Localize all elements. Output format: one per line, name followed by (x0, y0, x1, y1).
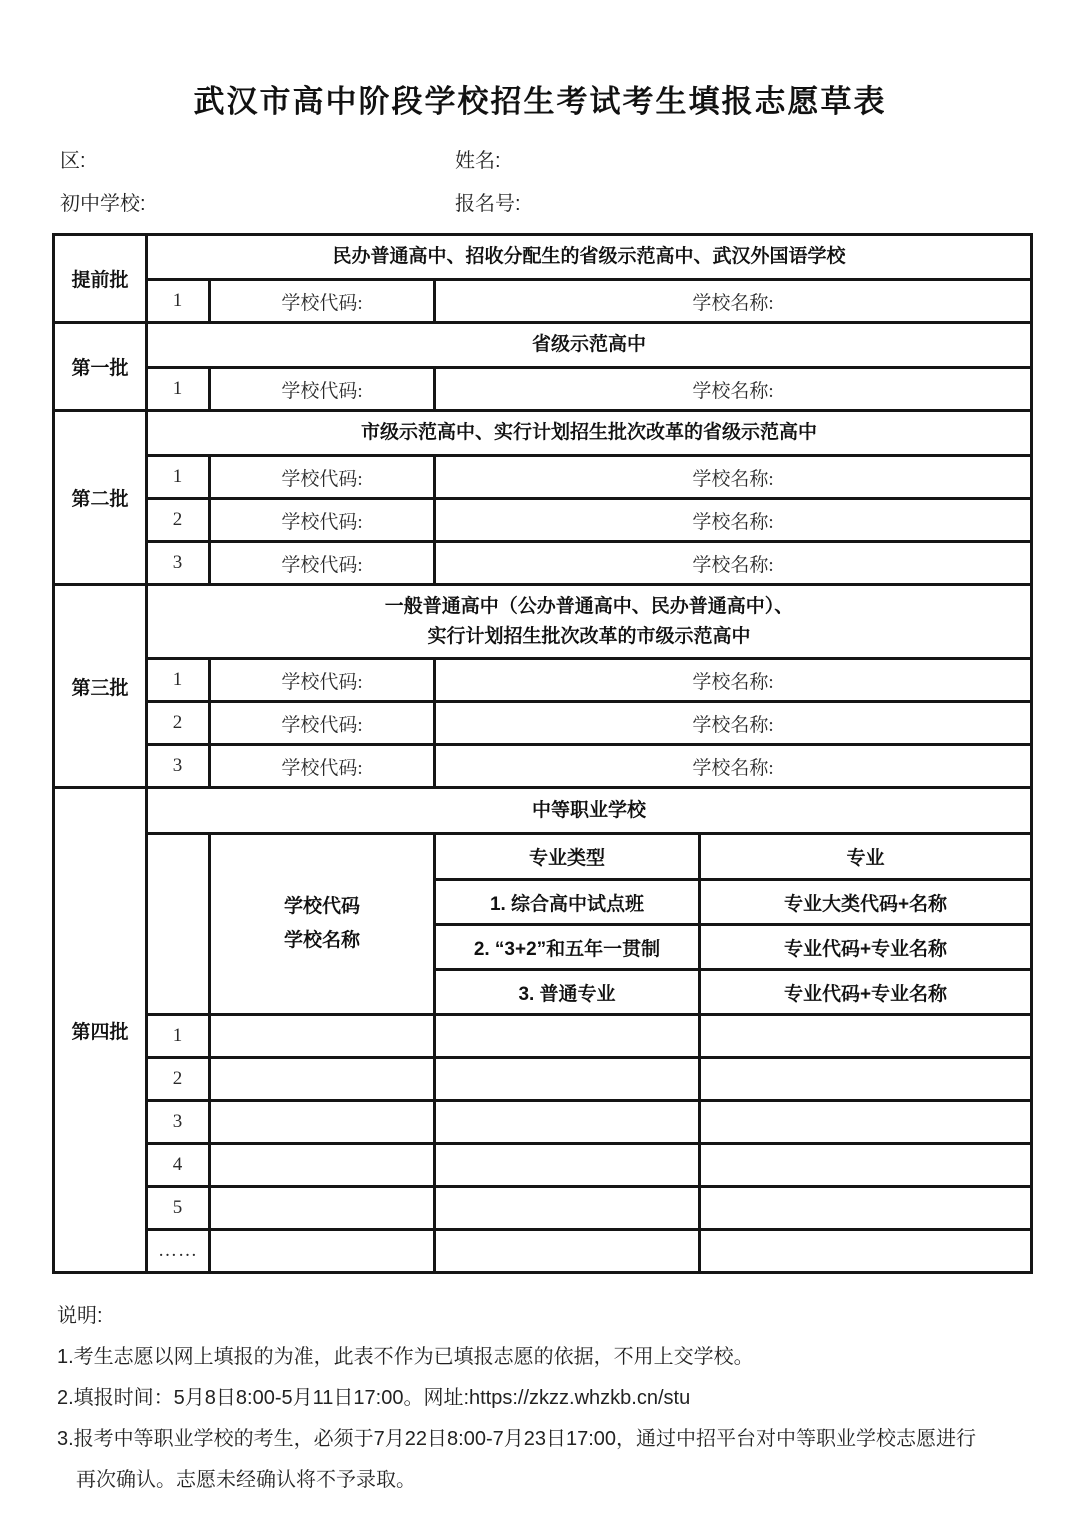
school-name-label: 学校名称: (435, 280, 1032, 323)
major-type-header: 专业类型 (435, 834, 700, 880)
empty-cell (210, 1101, 435, 1144)
empty-cell (435, 1101, 700, 1144)
empty-cell (210, 1015, 435, 1058)
school-name-label: 学校名称: (435, 542, 1032, 585)
candidate-info-block: 区: 姓名: 初中学校: 报名号: (60, 137, 1080, 223)
school-code-label: 学校代码: (210, 702, 435, 745)
section-header-third-line1: 一般普通高中（公办普通高中、民办普通高中）、 (148, 592, 1030, 621)
school-code-line: 学校代码 (211, 890, 433, 924)
major-cell: 专业代码+专业名称 (700, 970, 1032, 1015)
school-name-label: 学校名称: (435, 368, 1032, 411)
school-code-label: 学校代码: (210, 745, 435, 788)
empty-cell (210, 1144, 435, 1187)
middle-school-label: 初中学校: (60, 187, 455, 216)
notes-heading: 说明: (57, 1296, 1080, 1337)
district-label: 区: (60, 144, 455, 173)
note-line-3: 3.报考中等职业学校的考生，必须于7月22日8:00-7月23日17:00，通过… (57, 1419, 1080, 1460)
row-number-cell: 2 (147, 499, 210, 542)
notes-block: 说明: 1.考生志愿以网上填报的为准，此表不作为已填报志愿的依据，不用上交学校。… (57, 1296, 1080, 1501)
empty-cell (435, 1058, 700, 1101)
section-header-first: 省级示范高中 (147, 323, 1032, 368)
name-label: 姓名: (455, 144, 501, 173)
major-cell: 专业大类代码+名称 (700, 880, 1032, 925)
school-name-line: 学校名称 (211, 924, 433, 958)
school-name-label: 学校名称: (435, 659, 1032, 702)
note-line-2: 2.填报时间：5月8日8:00-5月11日17:00。网址:https://zk… (57, 1378, 1080, 1419)
entry-number-cell: 4 (147, 1144, 210, 1187)
empty-cell (147, 834, 210, 1015)
school-name-label: 学校名称: (435, 702, 1032, 745)
page-title: 武汉市高中阶段学校招生考试考生填报志愿草表 (0, 0, 1080, 121)
empty-cell (210, 1187, 435, 1230)
info-row-1: 区: 姓名: (60, 137, 1080, 180)
school-name-label: 学校名称: (435, 745, 1032, 788)
info-row-2: 初中学校: 报名号: (60, 180, 1080, 223)
batch-label-fourth: 第四批 (54, 788, 147, 1273)
batch-label-first: 第一批 (54, 323, 147, 411)
empty-cell (700, 1015, 1032, 1058)
type-cell: 3. 普通专业 (435, 970, 700, 1015)
batch-label-advance: 提前批 (54, 235, 147, 323)
entry-number-cell: 2 (147, 1058, 210, 1101)
row-number-cell: 3 (147, 745, 210, 788)
school-name-label: 学校名称: (435, 456, 1032, 499)
section-header-third-line2: 实行计划招生批次改革的市级示范高中 (148, 622, 1030, 651)
section-header-second: 市级示范高中、实行计划招生批次改革的省级示范高中 (147, 411, 1032, 456)
empty-cell (700, 1101, 1032, 1144)
volunteer-form-table: 提前批 民办普通高中、招收分配生的省级示范高中、武汉外国语学校 1 学校代码: … (52, 233, 1033, 1274)
row-number-cell: 2 (147, 702, 210, 745)
row-number-cell: 1 (147, 456, 210, 499)
major-header: 专业 (700, 834, 1032, 880)
vocational-banner: 中等职业学校 (147, 788, 1032, 834)
empty-cell (700, 1187, 1032, 1230)
school-code-label: 学校代码: (210, 280, 435, 323)
empty-cell (700, 1058, 1032, 1101)
empty-cell (435, 1187, 700, 1230)
empty-cell (435, 1015, 700, 1058)
type-cell: 1. 综合高中试点班 (435, 880, 700, 925)
note-line-3-continuation: 再次确认。志愿未经确认将不予录取。 (57, 1460, 1080, 1501)
school-code-label: 学校代码: (210, 499, 435, 542)
entry-number-cell: 1 (147, 1015, 210, 1058)
school-code-label: 学校代码: (210, 659, 435, 702)
row-number-cell: 1 (147, 368, 210, 411)
batch-label-third: 第三批 (54, 585, 147, 788)
row-number-cell: 1 (147, 659, 210, 702)
row-number-cell: 3 (147, 542, 210, 585)
entry-number-cell: …… (147, 1230, 210, 1273)
school-name-label: 学校名称: (435, 499, 1032, 542)
major-cell: 专业代码+专业名称 (700, 925, 1032, 970)
entry-number-cell: 3 (147, 1101, 210, 1144)
empty-cell (210, 1230, 435, 1273)
school-code-label: 学校代码: (210, 542, 435, 585)
type-cell: 2. “3+2”和五年一贯制 (435, 925, 700, 970)
empty-cell (435, 1230, 700, 1273)
batch-label-second: 第二批 (54, 411, 147, 585)
section-header-third: 一般普通高中（公办普通高中、民办普通高中）、 实行计划招生批次改革的市级示范高中 (147, 585, 1032, 659)
empty-cell (435, 1144, 700, 1187)
entry-number-cell: 5 (147, 1187, 210, 1230)
empty-cell (700, 1230, 1032, 1273)
school-code-label: 学校代码: (210, 368, 435, 411)
empty-cell (700, 1144, 1032, 1187)
empty-cell (210, 1058, 435, 1101)
note-line-1: 1.考生志愿以网上填报的为准，此表不作为已填报志愿的依据，不用上交学校。 (57, 1337, 1080, 1378)
row-number-cell: 1 (147, 280, 210, 323)
section-header-advance: 民办普通高中、招收分配生的省级示范高中、武汉外国语学校 (147, 235, 1032, 280)
school-code-label: 学校代码: (210, 456, 435, 499)
reg-no-label: 报名号: (455, 187, 521, 216)
school-code-name-cell: 学校代码 学校名称 (210, 834, 435, 1015)
form-document-page: 武汉市高中阶段学校招生考试考生填报志愿草表 区: 姓名: 初中学校: 报名号: … (0, 0, 1080, 1527)
